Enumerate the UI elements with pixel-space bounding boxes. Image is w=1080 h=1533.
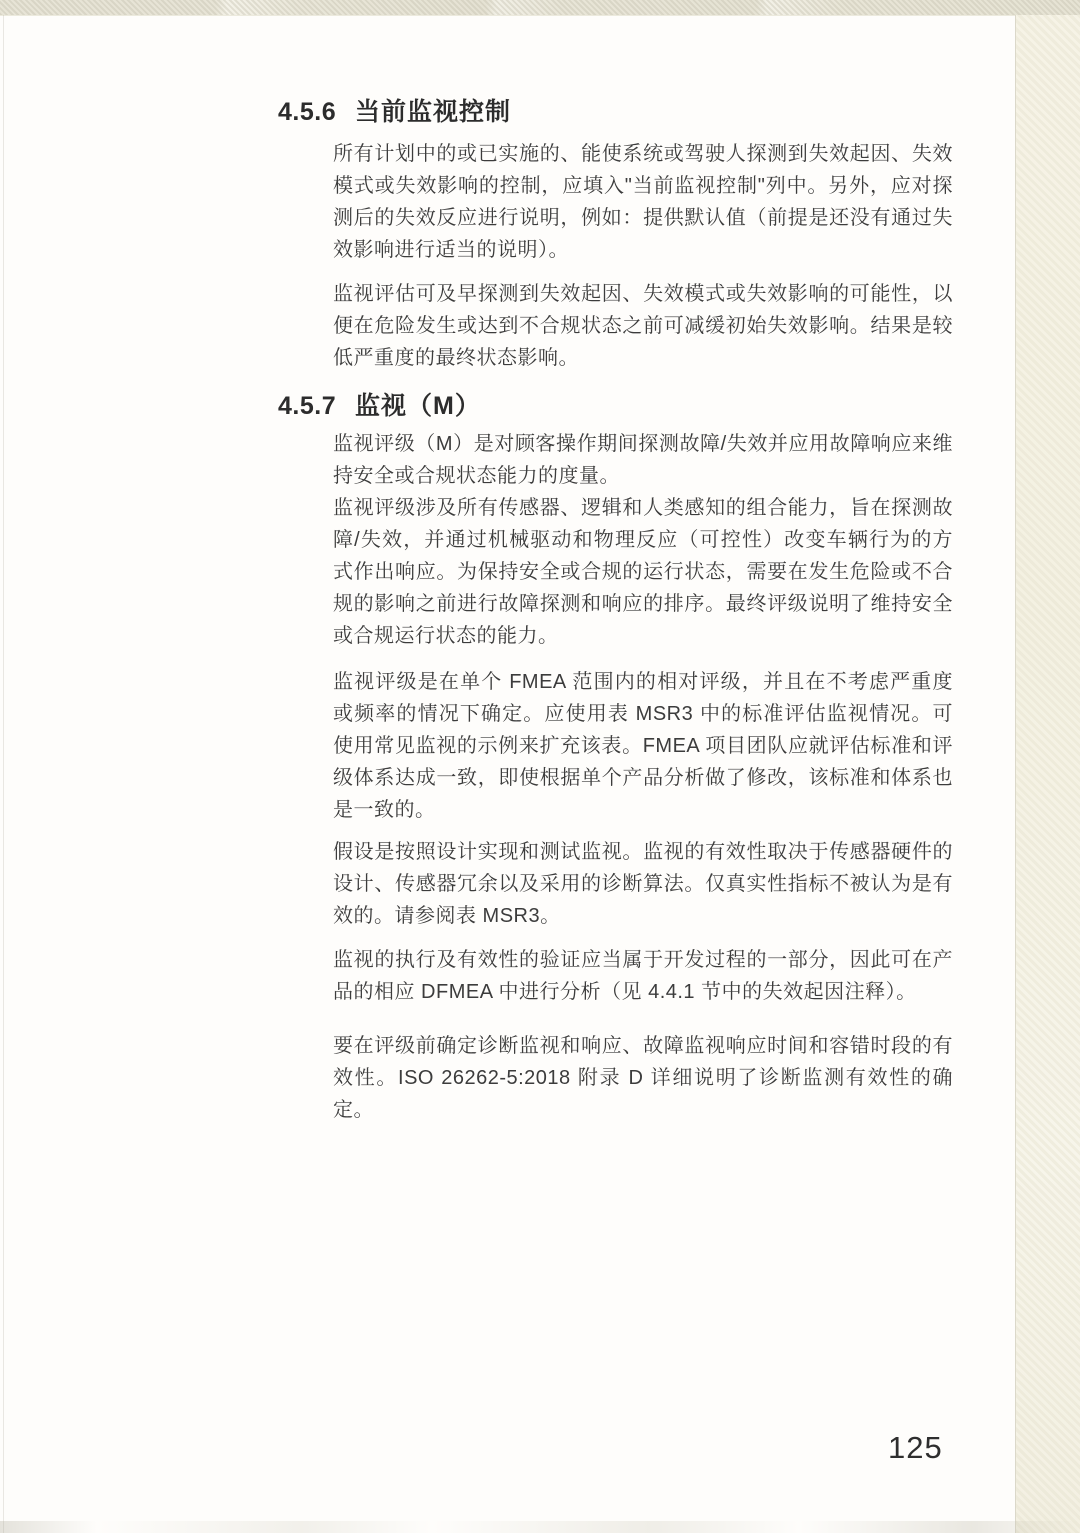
scan-top-edge-texture [0,0,1080,16]
paragraph-monitoring-4: 假设是按照设计实现和测试监视。监视的有效性取决于传感器硬件的设计、传感器冗余以及… [333,836,953,932]
scan-right-edge-strip [1015,15,1080,1533]
section-heading-4-5-6: 4.5.6 当前监视控制 [278,96,958,128]
section-title: 监视（M） [355,390,481,422]
paragraph-current-monitoring-controls-1: 所有计划中的或已实施的、能使系统或驾驶人探测到失效起因、失效模式或失效影响的控制… [333,138,953,266]
section-title: 当前监视控制 [355,96,511,128]
section-number: 4.5.6 [278,96,355,128]
section-heading-4-5-7: 4.5.7 监视（M） [278,390,958,422]
scan-left-edge-line [3,15,4,1533]
paragraph-monitoring-2: 监视评级涉及所有传感器、逻辑和人类感知的组合能力，旨在探测故障/失效，并通过机械… [333,492,953,652]
paragraph-monitoring-3: 监视评级是在单个 FMEA 范围内的相对评级，并且在不考虑严重度或频率的情况下确… [333,666,953,826]
paragraph-monitoring-6: 要在评级前确定诊断监视和响应、故障监视响应时间和容错时段的有效性。ISO 262… [333,1030,953,1126]
document-content: 4.5.6 当前监视控制 所有计划中的或已实施的、能使系统或驾驶人探测到失效起因… [278,96,958,1126]
section-number: 4.5.7 [278,390,355,422]
paragraph-monitoring-1: 监视评级（M）是对顾客操作期间探测故障/失效并应用故障响应来维持安全或合规状态能… [333,428,953,492]
paragraph-monitoring-5: 监视的执行及有效性的验证应当属于开发过程的一部分，因此可在产品的相应 DFMEA… [333,944,953,1008]
paragraph-current-monitoring-controls-2: 监视评估可及早探测到失效起因、失效模式或失效影响的可能性，以便在危险发生或达到不… [333,278,953,374]
scanned-document-page: 4.5.6 当前监视控制 所有计划中的或已实施的、能使系统或驾驶人探测到失效起因… [0,0,1080,1533]
page-number: 125 [888,1430,943,1466]
scan-bottom-edge-smudge [0,1521,1080,1533]
